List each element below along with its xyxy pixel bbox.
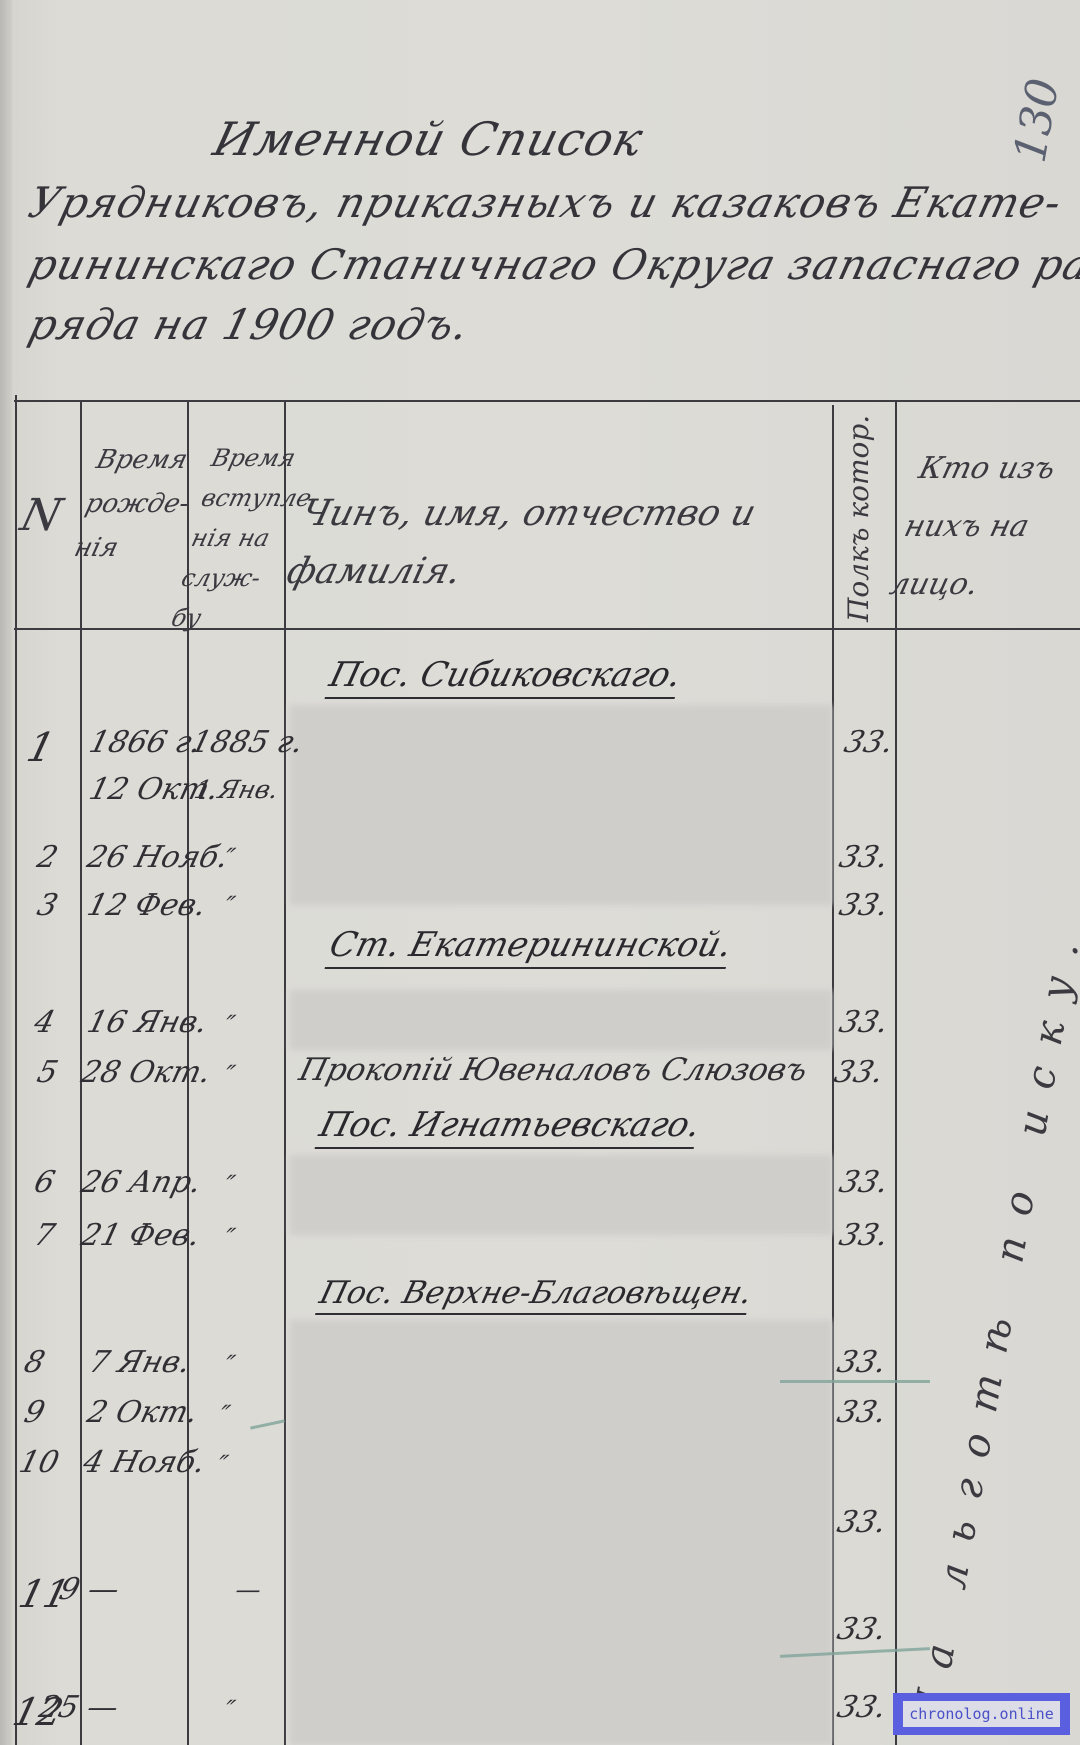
redacted-region: [290, 1155, 832, 1235]
regiment-number: 33.: [834, 1395, 890, 1430]
service-date: ″: [221, 891, 238, 920]
redacted-region: [290, 705, 832, 905]
regiment-number: 33.: [836, 1165, 892, 1200]
header-number: N: [16, 490, 67, 541]
section-heading: Ст. Екатерининской.: [325, 925, 736, 969]
row-number: 9: [21, 1395, 49, 1430]
header-birth-date: Время рожде-нія: [70, 438, 203, 570]
birth-date: 25 —: [36, 1690, 122, 1725]
birth-date: 12 Фев.: [84, 888, 210, 923]
header-name: Чинъ, имя, отчество и фамилія.: [281, 485, 830, 601]
regiment-number: 33.: [834, 1612, 890, 1647]
row-number: 10: [16, 1445, 63, 1480]
section-heading: Пос. Верхне-Благовѣщен.: [315, 1275, 756, 1315]
regiment-number: 33.: [836, 888, 892, 923]
row-number: 3: [34, 888, 62, 923]
row-number: 7: [31, 1218, 59, 1253]
document-title: Именной Список: [208, 112, 649, 166]
page-binding-edge: [0, 0, 12, 1745]
row-number: 6: [31, 1165, 59, 1200]
regiment-number: 33.: [836, 1218, 892, 1253]
service-date: ″: [221, 1223, 238, 1252]
row-number: 5: [34, 1055, 62, 1090]
service-date: ″: [221, 1060, 238, 1089]
regiment-number: 33.: [841, 725, 897, 760]
regiment-number: 33.: [834, 1345, 890, 1380]
title-line-4: ряда на 1900 годъ.: [24, 300, 475, 349]
regiment-number: 33.: [834, 1690, 890, 1725]
service-date: 1885 г.: [188, 725, 307, 760]
folio-number: 130: [1005, 75, 1070, 167]
watermark-text: chronolog.online: [903, 1701, 1060, 1727]
column-rule: [284, 400, 286, 1745]
birth-date: 9 —: [56, 1572, 123, 1607]
column-rule: [15, 395, 17, 1745]
service-date: —: [232, 1575, 264, 1604]
service-date: ″: [216, 1400, 233, 1429]
birth-date: 4 Нояб.: [80, 1445, 209, 1480]
title-line-3: рининскаго Станичнаго Округа запаснаго р…: [24, 240, 1080, 289]
title-line-2: Урядниковъ, приказныхъ и казаковъ Екате-: [24, 178, 1067, 227]
service-date-day: 1 Янв.: [191, 775, 281, 804]
birth-date: 26 Нояб.: [84, 840, 232, 875]
birth-date: 16 Янв.: [84, 1005, 211, 1040]
margin-note: На льготѣ по иску.: [905, 917, 1080, 1728]
birth-date: 26 Апр.: [78, 1165, 205, 1200]
birth-date: 28 Окт.: [78, 1055, 215, 1090]
birth-date: 1866 г.: [86, 725, 205, 760]
section-heading: Пос. Игнатьевскаго.: [315, 1105, 705, 1149]
header-who-present: Кто изъ нихъ на лицо.: [883, 440, 1080, 614]
row-number: 4: [31, 1005, 59, 1040]
row-number: 1: [22, 725, 59, 771]
regiment-number: 33.: [836, 1005, 892, 1040]
redacted-region: [290, 990, 832, 1050]
birth-date: 2 Окт.: [84, 1395, 202, 1430]
service-date: ″: [221, 1170, 238, 1199]
regiment-number: 33.: [834, 1505, 890, 1540]
table-top-rule: [14, 400, 1080, 402]
watermark-badge: chronolog.online: [893, 1693, 1070, 1735]
row-number: 8: [21, 1345, 49, 1380]
service-date: ″: [214, 1450, 231, 1479]
birth-date: 21 Фев.: [78, 1218, 204, 1253]
birth-date: 7 Янв.: [86, 1345, 194, 1380]
header-regiment: Полкъ котор.: [842, 415, 875, 622]
pencil-mark: [780, 1380, 930, 1383]
row-number: 2: [34, 840, 62, 875]
section-heading: Пос. Сибиковскаго.: [325, 655, 686, 699]
regiment-number: 33.: [831, 1055, 887, 1090]
regiment-number: 33.: [836, 840, 892, 875]
service-date: ″: [221, 1695, 238, 1724]
service-date: ″: [221, 1010, 238, 1039]
pencil-mark: [250, 1419, 285, 1429]
redacted-region: [290, 1320, 832, 1745]
person-name: Прокопій Ювеналовъ Слюзовъ: [296, 1052, 812, 1088]
service-date: ″: [221, 1350, 238, 1379]
